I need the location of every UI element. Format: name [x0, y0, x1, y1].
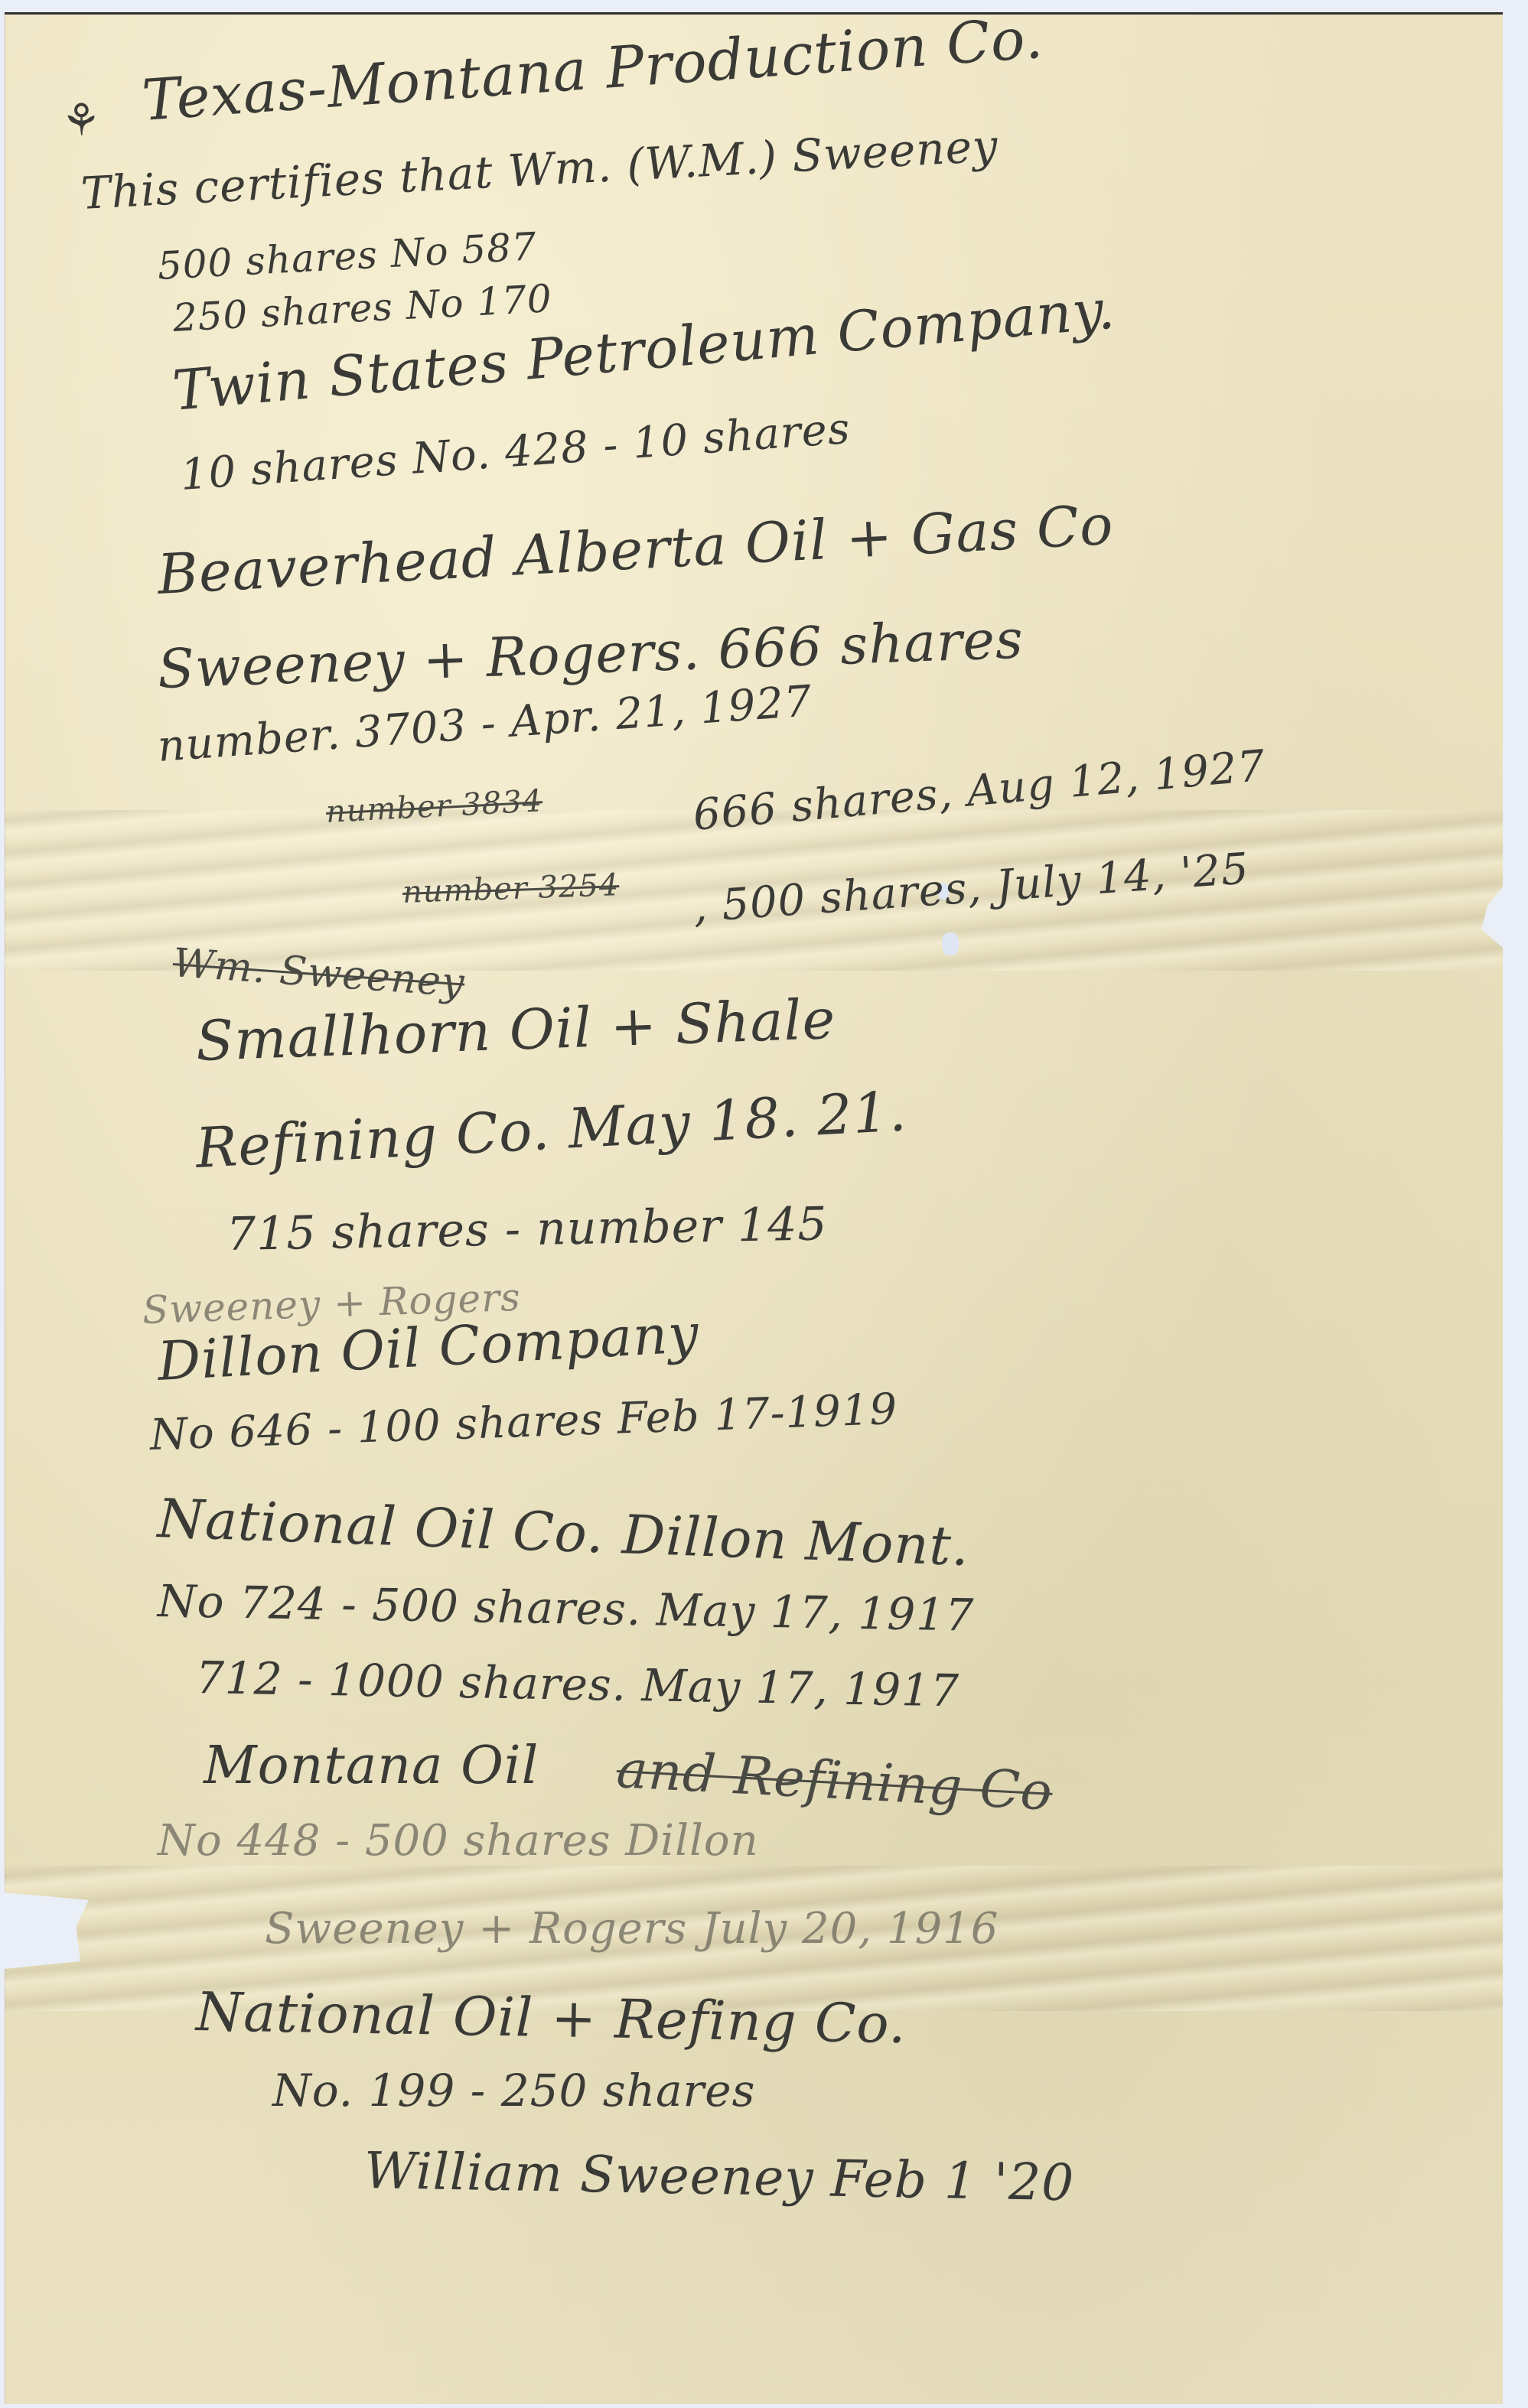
company-texas-montana: Texas-Montana Production Co.: [140, 5, 1045, 134]
national-oil-line-2: 712 - 1000 shares. May 17, 1917: [195, 1651, 959, 1717]
beaverhead-holders: Sweeney + Rogers. 666 shares: [157, 608, 1025, 701]
company-montana-oil-struck: and Refining Co: [615, 1739, 1054, 1823]
shares-line-500: 500 shares No 587: [156, 224, 538, 288]
monogram-icon: ⚘: [61, 94, 101, 146]
montana-oil-shares-line: No 448 - 500 shares Dillon: [158, 1816, 759, 1866]
company-national-refining: National Oil + Refing Co.: [195, 1980, 907, 2055]
paper-tear-left: [5, 1892, 89, 1969]
beaverhead-holder-struck: Wm. Sweeney: [171, 940, 466, 1007]
paper-tear-right: [1481, 887, 1503, 948]
beaverhead-line-3-struck: number 3254: [402, 867, 620, 910]
national-oil-line-1: No 724 - 500 shares. May 17, 1917: [157, 1575, 974, 1642]
paper-hole: [942, 932, 959, 955]
beaverhead-line-3: , 500 shares, July 14, '25: [692, 844, 1251, 932]
beaverhead-line-2: 666 shares, Aug 12, 1927: [691, 741, 1267, 841]
smallhorn-shares-line: 715 shares - number 145: [226, 1197, 828, 1261]
dillon-shares-line: No 646 - 100 shares Feb 17-1919: [149, 1385, 898, 1460]
company-national-oil: National Oil Co. Dillon Mont.: [157, 1487, 971, 1578]
twin-states-shares-line: 10 shares No. 428 - 10 shares: [179, 404, 852, 500]
company-beaverhead: Beaverhead Alberta Oil + Gas Co: [156, 493, 1116, 607]
certifies-line: This certifies that Wm. (W.M.) Sweeney: [80, 119, 999, 220]
paper-sheet: ⚘ Texas-Montana Production Co. This cert…: [5, 12, 1503, 2404]
company-smallhorn: Smallhorn Oil + Shale: [195, 987, 837, 1073]
montana-oil-holders: Sweeney + Rogers July 20, 1916: [265, 1904, 999, 1954]
company-smallhorn-cont: Refining Co. May 18. 21.: [194, 1079, 908, 1180]
beaverhead-line-2-struck: number 3834: [325, 783, 543, 830]
national-refining-holder: William Sweeney Feb 1 '20: [363, 2141, 1074, 2212]
national-refining-shares-line: No. 199 - 250 shares: [272, 2065, 755, 2117]
company-montana-oil: Montana Oil: [204, 1736, 539, 1796]
